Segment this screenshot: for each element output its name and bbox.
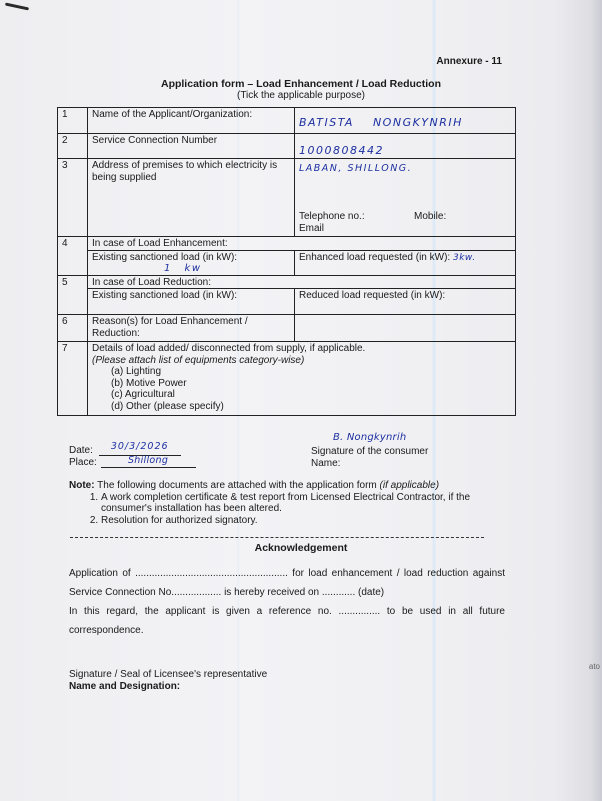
name-designation-label: Name and Designation: xyxy=(69,681,267,693)
reduced-load-field[interactable]: Reduced load requested (in kW): xyxy=(295,289,516,315)
row-number: 2 xyxy=(58,134,88,159)
table-row: 1 Name of the Applicant/Organization: BA… xyxy=(58,108,516,134)
applicant-name-field[interactable]: BATISTA NONGKYNRIH xyxy=(295,108,516,134)
form-title: Application form – Load Enhancement / Lo… xyxy=(0,78,602,90)
date-place-block: Date: 30/3/2026 Place: Shillong xyxy=(69,445,196,468)
consumer-signature: B. Nongkynrih xyxy=(311,432,428,446)
enhanced-load-label: Enhanced load requested (in kW): xyxy=(299,252,450,263)
reason-label: Reason(s) for Load Enhancement / Reducti… xyxy=(88,315,295,342)
form-subtitle: (Tick the applicable purpose) xyxy=(0,90,602,101)
existing-load-label: Existing sanctioned load (in kW): xyxy=(92,252,290,264)
table-row: 4 In case of Load Enhancement: xyxy=(58,237,516,251)
row-number: 4 xyxy=(58,237,88,276)
acknowledgement-para-2: In this regard, the applicant is given a… xyxy=(69,602,505,640)
service-connection-value: 1000808442 xyxy=(299,145,511,157)
acknowledgement-body: Application of .........................… xyxy=(69,564,505,640)
row-number: 5 xyxy=(58,275,88,315)
consumer-signature-block: B. Nongkynrih Signature of the consumer … xyxy=(311,432,428,469)
date-value: 30/3/2026 xyxy=(111,441,169,452)
row-number: 6 xyxy=(58,315,88,342)
reduced-load-label: Reduced load requested (in kW): xyxy=(299,290,511,302)
load-reduction-label: In case of Load Reduction: xyxy=(88,275,516,289)
date-label: Date: xyxy=(69,445,93,456)
name-label: Name: xyxy=(311,458,428,470)
note-prefix: Note: xyxy=(69,480,95,491)
pen-mark xyxy=(5,3,29,11)
note-section: Note: The following documents are attach… xyxy=(69,480,519,526)
licensee-signature-label: Signature / Seal of Licensee's represent… xyxy=(69,669,267,681)
enhanced-load-field[interactable]: Enhanced load requested (in kW): 3kw. xyxy=(295,250,516,275)
signature-label: Signature of the consumer xyxy=(311,446,428,458)
note-item: A work completion certificate & test rep… xyxy=(101,492,519,515)
existing-load-enhancement-field[interactable]: Existing sanctioned load (in kW): 1 kw xyxy=(88,250,295,275)
licensee-signature-block: Signature / Seal of Licensee's represent… xyxy=(69,669,267,693)
row-number: 3 xyxy=(58,159,88,237)
annexure-label: Annexure - 11 xyxy=(436,56,502,67)
cut-line-divider xyxy=(70,537,484,538)
applicant-name-label: Name of the Applicant/Organization: xyxy=(88,108,295,134)
table-row: 5 In case of Load Reduction: xyxy=(58,275,516,289)
note-suffix: (if applicable) xyxy=(380,480,439,491)
load-enhancement-label: In case of Load Enhancement: xyxy=(88,237,516,251)
existing-load-reduction-field[interactable]: Existing sanctioned load (in kW): xyxy=(88,289,295,315)
row-number: 1 xyxy=(58,108,88,134)
place-label: Place: xyxy=(69,457,97,468)
table-row: 7 Details of load added/ disconnected fr… xyxy=(58,342,516,416)
table-row: 3 Address of premises to which electrici… xyxy=(58,159,516,237)
page-edge-shadow xyxy=(590,0,602,801)
acknowledgement-title: Acknowledgement xyxy=(0,542,602,554)
acknowledgement-para-1: Application of .........................… xyxy=(69,564,505,602)
place-field[interactable]: Shillong xyxy=(101,457,196,468)
existing-load-label: Existing sanctioned load (in kW): xyxy=(92,290,290,302)
telephone-label: Telephone no.: xyxy=(299,211,365,223)
note-item: Resolution for authorized signatory. xyxy=(101,515,519,527)
note-text: The following documents are attached wit… xyxy=(95,480,380,491)
load-details-note: (Please attach list of equipments catego… xyxy=(92,355,511,367)
table-row: 6 Reason(s) for Load Enhancement / Reduc… xyxy=(58,315,516,342)
table-row: 2 Service Connection Number 1000808442 xyxy=(58,134,516,159)
category-item: (c) Agricultural xyxy=(111,389,511,401)
load-details-label: Details of load added/ disconnected from… xyxy=(92,343,511,355)
row-number: 7 xyxy=(58,342,88,416)
email-label: Email xyxy=(299,223,324,235)
place-value: Shillong xyxy=(128,455,168,466)
service-connection-label: Service Connection Number xyxy=(88,134,295,159)
applicant-name-value: BATISTA NONGKYNRIH xyxy=(299,117,511,129)
service-connection-field[interactable]: 1000808442 xyxy=(295,134,516,159)
margin-text: ato xyxy=(589,662,600,671)
load-details-field[interactable]: Details of load added/ disconnected from… xyxy=(88,342,516,416)
reason-field[interactable] xyxy=(295,315,516,342)
table-row: Existing sanctioned load (in kW): 1 kw E… xyxy=(58,250,516,275)
existing-load-value: 1 kw xyxy=(92,263,290,275)
category-item: (d) Other (please specify) xyxy=(111,401,511,413)
category-item: (a) Lighting xyxy=(111,366,511,378)
table-row: Existing sanctioned load (in kW): Reduce… xyxy=(58,289,516,315)
enhanced-load-value: 3kw. xyxy=(453,253,476,263)
application-form-table: 1 Name of the Applicant/Organization: BA… xyxy=(57,107,516,416)
address-field[interactable]: LABAN, SHILLONG. Telephone no.: Mobile: … xyxy=(295,159,516,237)
mobile-label: Mobile: xyxy=(414,211,446,223)
address-label: Address of premises to which electricity… xyxy=(88,159,295,237)
scanned-page: ato Annexure - 11 Application form – Loa… xyxy=(0,0,602,801)
category-item: (b) Motive Power xyxy=(111,378,511,390)
address-value: LABAN, SHILLONG. xyxy=(299,163,511,175)
